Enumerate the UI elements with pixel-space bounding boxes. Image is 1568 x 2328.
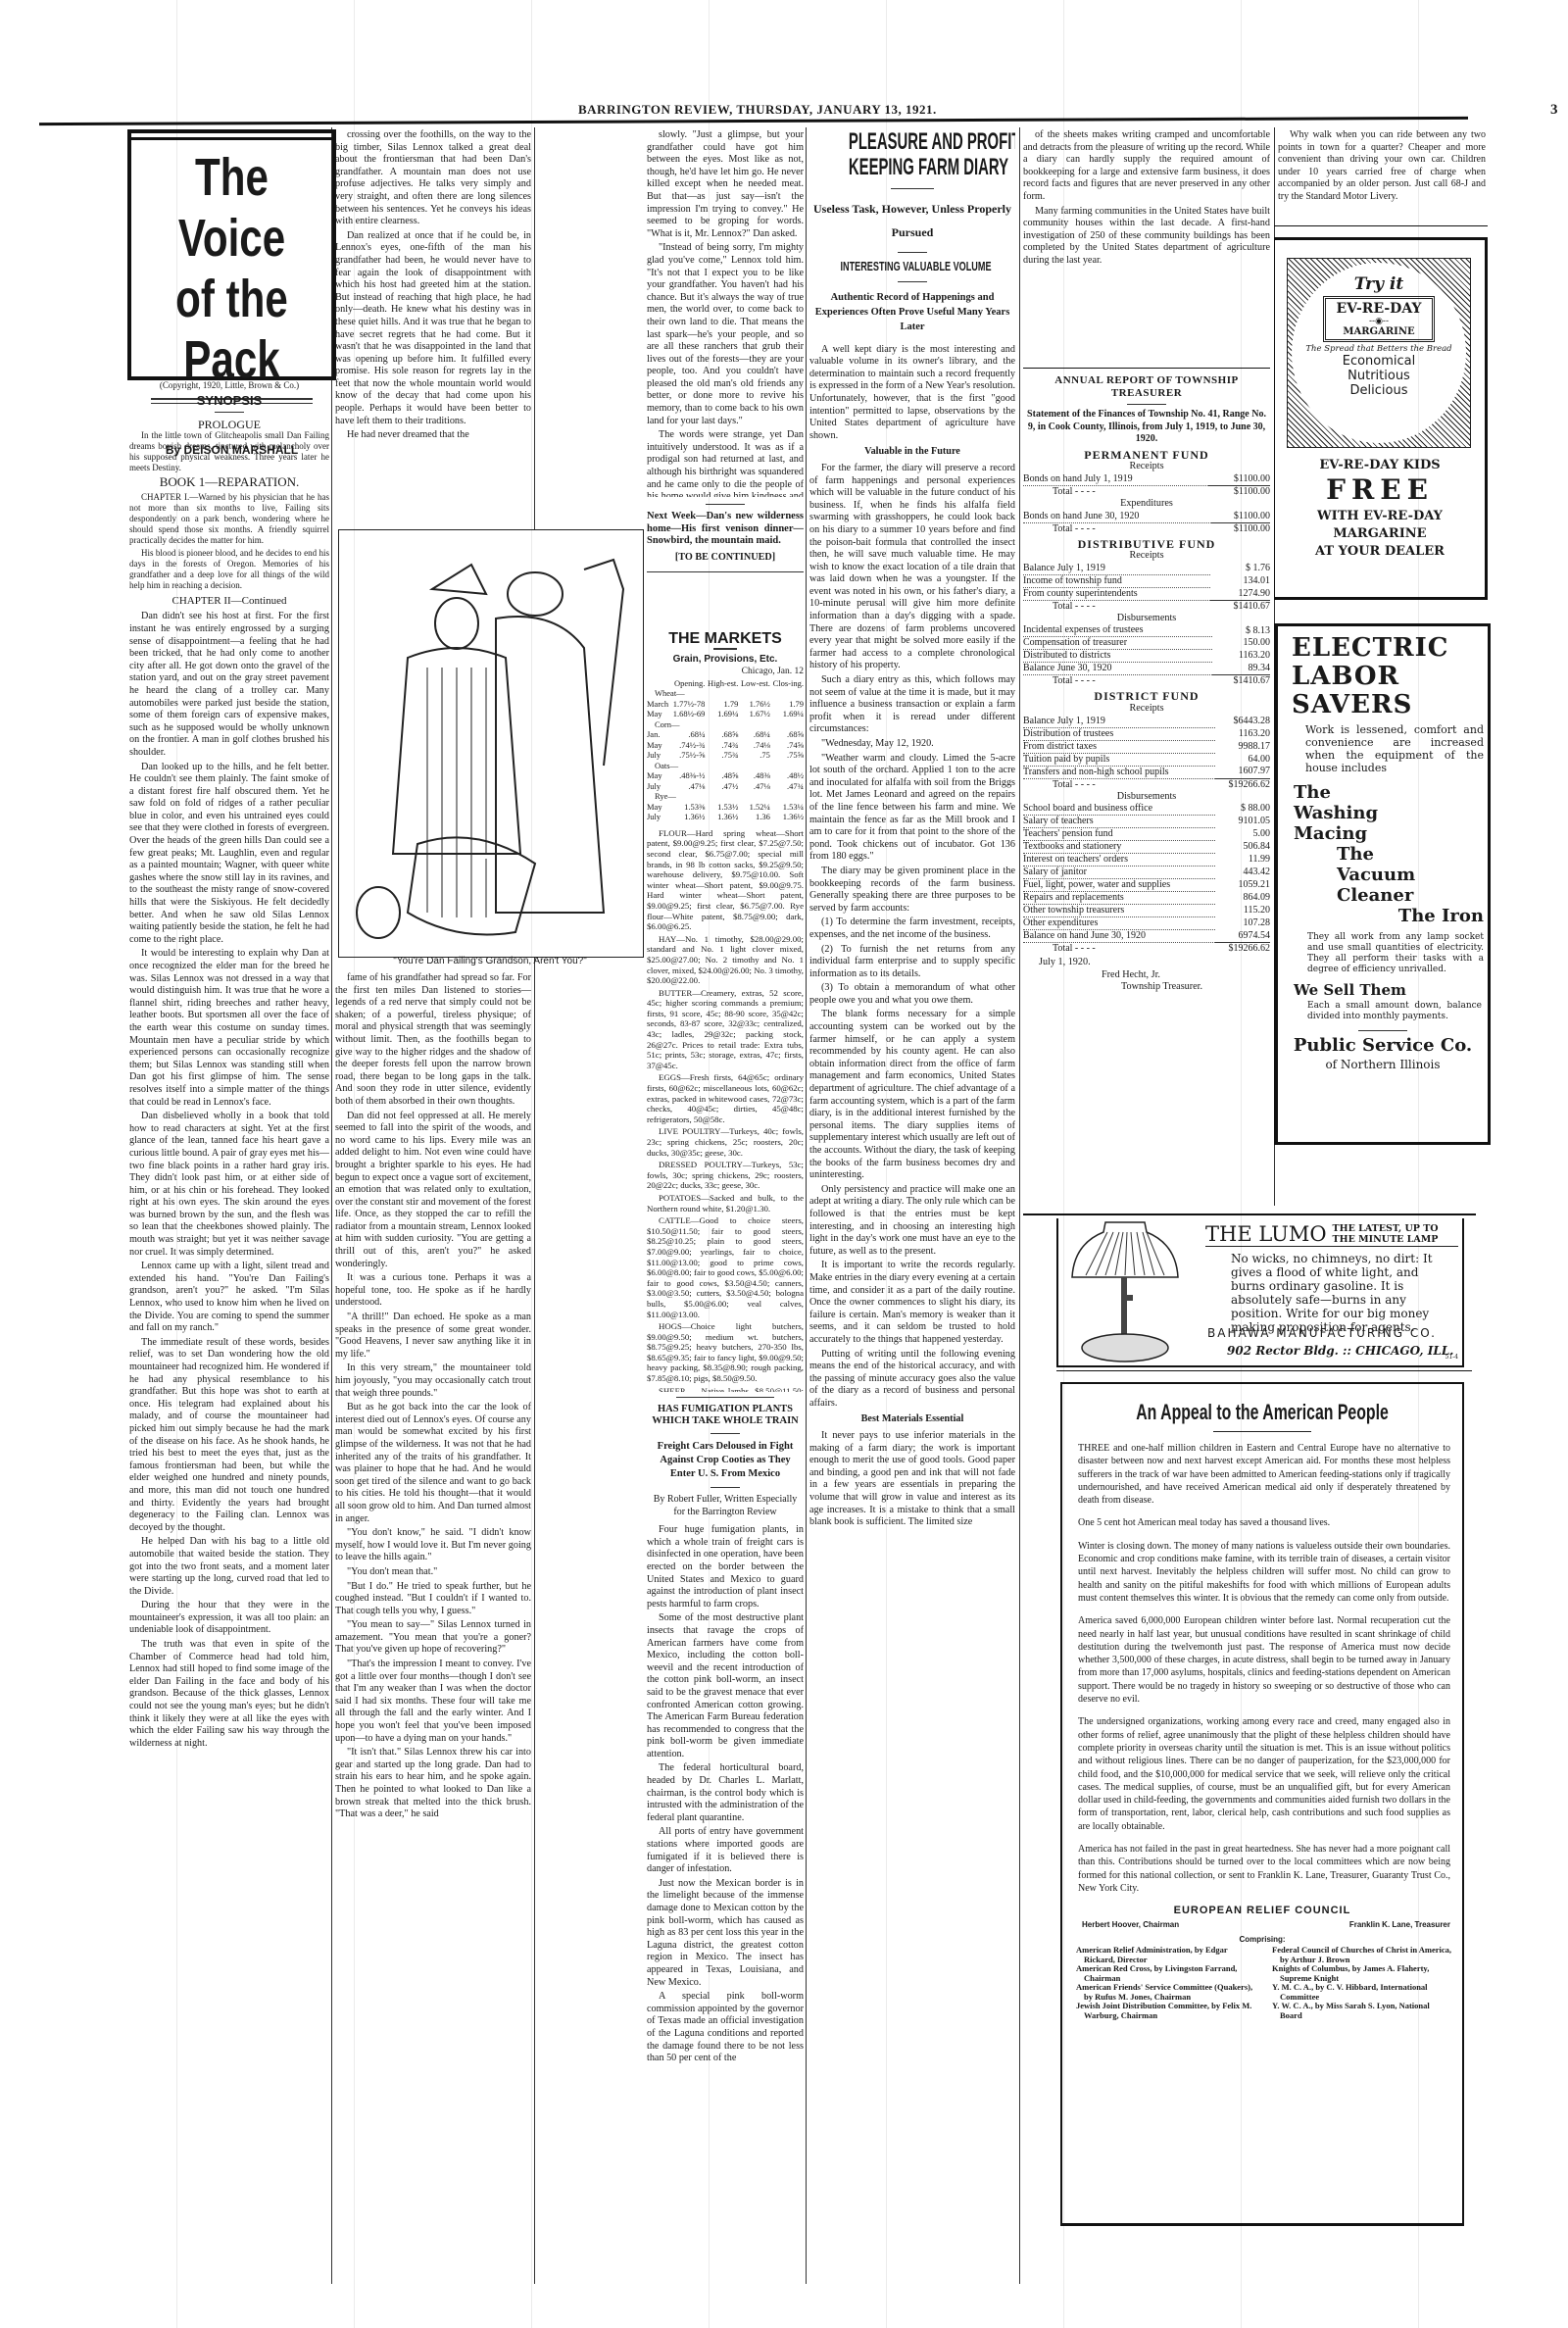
story-paragraph: "Instead of being sorry, I'm mighty glad…: [647, 242, 804, 427]
story-paragraph: The truth was that even in spite of the …: [129, 1639, 329, 1750]
farm-diary-headline: PLEASURE AND PROFIT KEEPING FARM DIARY: [809, 129, 1015, 180]
serial-column-1: (Copyright, 1920, Little, Brown & Co.) S…: [129, 380, 329, 2292]
relief-organization: American Relief Administration, by Edgar…: [1076, 1946, 1256, 1964]
electric-item-iron: The Iron: [1294, 906, 1484, 926]
market-row: May1.53⅜1.53½1.52¼1.53¼: [647, 802, 804, 813]
fund-total-row: Total - - - -$19266.62: [1023, 943, 1270, 956]
serial-title-line1: The Voice: [154, 147, 311, 269]
township-report-heading: ANNUAL REPORT OF TOWNSHIP TREASURER: [1023, 374, 1270, 400]
electric-ad-company-sub: of Northern Illinois: [1278, 1058, 1488, 1071]
fund-part-label: Receipts: [1023, 461, 1270, 473]
lumo-title-row: THE LUMO THE LATEST, UP TO THE MINUTE LA…: [1205, 1222, 1458, 1247]
fumigation-subhead: Freight Cars Deloused in Fight Against C…: [647, 1440, 804, 1481]
article-paragraph: It never pays to use inferior materials …: [809, 1430, 1015, 1529]
serial-title-box: The Voice of the Pack By DEISON MARSHALL: [127, 129, 336, 380]
appeal-paragraph: America has not failed in the past in gr…: [1078, 1843, 1450, 1895]
fund-row: Compensation of treasurer150.00: [1023, 637, 1270, 650]
article-paragraph: Just now the Mexican border is in the li…: [647, 1878, 804, 1989]
livery-ad: Why walk when you can ride between any t…: [1278, 129, 1486, 237]
fumigation-byline: By Robert Fuller, Written Especially for…: [647, 1494, 804, 1518]
fund-row: School board and business office$ 88.00: [1023, 803, 1270, 816]
lumo-lamp-ad: THE LUMO THE LATEST, UP TO THE MINUTE LA…: [1056, 1218, 1464, 1367]
serial-column-3-text: slowly. "Just a glimpse, but your grandf…: [647, 129, 804, 497]
article-paragraph: All ports of entry have government stati…: [647, 1826, 804, 1875]
fund-row: Balance June 30, 192089.34: [1023, 663, 1270, 675]
margarine-tagline: The Spread that Betters the Bread: [1292, 344, 1466, 354]
story-paragraph: Dan looked up to the hills, and he felt …: [129, 762, 329, 947]
margarine-dealer-line: AT YOUR DEALER: [1275, 543, 1485, 561]
fund-table: School board and business office$ 88.00S…: [1023, 803, 1270, 955]
livery-ad-text: Why walk when you can ride between any t…: [1278, 129, 1486, 204]
next-week-block: Next Week—Dan's new wilderness home—His …: [647, 500, 804, 618]
fund-row: Repairs and replacements864.09: [1023, 892, 1270, 905]
margarine-brand-sub: MARGARINE: [1326, 326, 1432, 337]
market-report: LIVE POULTRY—Turkeys, 40c; fowls, 23c; s…: [647, 1126, 804, 1158]
story-paragraph: crossing over the foothills, on the way …: [335, 129, 531, 228]
market-column-header: High-est.: [705, 678, 738, 689]
masthead-title: BARRINGTON REVIEW, THURSDAY, JANUARY 13,…: [578, 102, 937, 118]
electric-ad-items: The Washing Macing The Vacuum Cleaner Th…: [1294, 782, 1484, 926]
township-report-statement: Statement of the Finances of Township No…: [1023, 409, 1270, 446]
township-report-date: July 1, 1920.: [1039, 957, 1270, 969]
electric-item-vacuum: The Vacuum Cleaner: [1337, 844, 1445, 906]
prologue-heading: PROLOGUE: [129, 419, 329, 431]
market-commodity: Rye—: [647, 791, 804, 802]
market-row: July.75½-⅝.75¾.75.75⅝: [647, 750, 804, 761]
electric-ad-sell-heading: We Sell Them: [1294, 981, 1488, 999]
article-paragraph: (2) To furnish the net returns from any …: [809, 944, 1015, 981]
fund-heading: PERMANENT FUND: [1023, 449, 1270, 462]
township-report: ANNUAL REPORT OF TOWNSHIP TREASURER Stat…: [1023, 374, 1270, 1208]
appeal-paragraph: One 5 cent hot American meal today has s…: [1078, 1516, 1450, 1529]
appeal-paragraph: Winter is closing down. The money of man…: [1078, 1540, 1450, 1605]
relief-organization: American Friends' Service Committee (Qua…: [1076, 1983, 1256, 2002]
story-paragraph: It was a curious tone. Perhaps it was a …: [335, 1272, 531, 1310]
market-column-header: Low-est.: [738, 678, 770, 689]
article-paragraph: "Weather warm and cloudy. Limed the 5-ac…: [809, 753, 1015, 864]
story-paragraph: The words were strange, yet Dan intuitiv…: [647, 429, 804, 497]
market-row: July1.36½1.36½1.361.36½: [647, 812, 804, 822]
markets-subtitle: Grain, Provisions, Etc.: [647, 654, 804, 667]
prologue-text: In the little town of Glitcheapolis smal…: [129, 430, 329, 473]
fund-part-label: Expenditures: [1023, 498, 1270, 511]
electric-ad-headline-2: LABOR: [1292, 663, 1488, 691]
electric-ad-sell-text: Each a small amount down, balance divide…: [1307, 1001, 1482, 1022]
fund-total-row: Total - - - -$19266.62: [1023, 778, 1270, 791]
farm-diary-continued: of the sheets makes writing cramped and …: [1023, 129, 1270, 365]
fund-row: From district taxes9988.17: [1023, 740, 1270, 753]
column-rule: [1019, 127, 1020, 2284]
electric-ad-headline-1: ELECTRIC: [1292, 634, 1488, 663]
lumo-title: THE LUMO: [1205, 1222, 1327, 1246]
story-paragraph: "You mean to say—" Silas Lennox turned i…: [335, 1619, 531, 1657]
column-rule: [534, 127, 535, 2284]
appeal-orgs-right: Federal Council of Churches of Christ in…: [1272, 1946, 1452, 2020]
market-row: May.74½-¾.74¾.74⅛.74⅝: [647, 740, 804, 751]
relief-organization: Y. W. C. A., by Miss Sarah S. Lyon, Nati…: [1272, 2002, 1452, 2020]
electric-ad-company: Public Service Co.: [1278, 1035, 1488, 1056]
appeal-headline: An Appeal to the American People: [1118, 1400, 1406, 1425]
farm-diary-article: PLEASURE AND PROFIT KEEPING FARM DIARY U…: [809, 129, 1015, 2286]
market-row: July.47⅛.47½.47⅛.47¾: [647, 781, 804, 792]
column-rule: [806, 127, 807, 2284]
markets-location-date: Chicago, Jan. 12: [647, 666, 804, 678]
article-paragraph: Putting of writing until the following e…: [809, 1349, 1015, 1411]
article-paragraph: Many farming communities in the United S…: [1023, 206, 1270, 268]
story-paragraph: Lennox came up with a light, silent trea…: [129, 1261, 329, 1335]
fund-row: Balance July 1, 1919$6443.28: [1023, 716, 1270, 728]
appeal-comprising: Comprising:: [1062, 1935, 1462, 1944]
electric-ad-body: They all work from any lamp socket and u…: [1307, 932, 1484, 975]
electric-ad-intro: Work is lessened, comfort and convenienc…: [1305, 723, 1484, 774]
fund-row: Balance July 1, 1919$ 1.76: [1023, 563, 1270, 575]
article-paragraph: It is important to write the records reg…: [809, 1260, 1015, 1346]
serial-col1-body: Dan didn't see his host at first. For th…: [129, 611, 329, 1750]
margarine-ad: Try it EV-RE-DAY --◉-- MARGARINE The Spr…: [1274, 237, 1488, 600]
appeal-chairman: Herbert Hoover, Chairman: [1082, 1920, 1179, 1929]
article-paragraph: The blank forms necessary for a simple a…: [809, 1009, 1015, 1181]
story-paragraph: Dan disbelieved wholly in a book that to…: [129, 1111, 329, 1259]
margarine-quality: Economical: [1292, 354, 1466, 369]
lumo-body: No wicks, no chimneys, no dirt: It gives…: [1231, 1252, 1454, 1334]
fund-row: Tuition paid by pupils64.00: [1023, 753, 1270, 766]
township-report-body: PERMANENT FUNDReceiptsBonds on hand July…: [1023, 449, 1270, 955]
lumo-code: 51-4: [1445, 1354, 1458, 1361]
margarine-quality: Nutritious: [1292, 369, 1466, 383]
fund-row: Distribution of trustees1163.20: [1023, 727, 1270, 740]
fund-row: Bonds on hand July 1, 1919$1100.00: [1023, 473, 1270, 486]
fund-total-row: Total - - - -$1100.00: [1023, 522, 1270, 535]
fumigation-headline: HAS FUMIGATION PLANTS WHICH TAKE WHOLE T…: [647, 1404, 804, 1427]
market-report: POTATOES—Sacked and bulk, to the Norther…: [647, 1193, 804, 1214]
township-report-signer: Fred Hecht, Jr.: [1102, 969, 1270, 982]
fund-row: Other expenditures107.28: [1023, 917, 1270, 930]
market-report: HAY—No. 1 timothy, $28.00@29.00; standar…: [647, 934, 804, 986]
fund-row: Salary of teachers9101.05: [1023, 816, 1270, 828]
margarine-margarine-line: MARGARINE: [1275, 525, 1485, 543]
market-row: May1.68½-691.69¼1.67½1.69¼: [647, 709, 804, 719]
farm-diary-deck-1: Useless Task, However, Unless Properly P…: [809, 197, 1015, 244]
story-paragraph: The immediate result of these words, bes…: [129, 1337, 329, 1535]
market-commodity: Corn—: [647, 719, 804, 730]
fund-row: Interest on teachers' orders11.99: [1023, 854, 1270, 867]
article-paragraph: A special pink boll-worm commission appo…: [647, 1991, 804, 2065]
market-report: HOGS—Choice light butchers, $9.00@9.50; …: [647, 1321, 804, 1384]
markets-title: THE MARKETS: [647, 633, 804, 646]
relief-organization: Jewish Joint Distribution Committee, by …: [1076, 2002, 1256, 2020]
story-paragraph: "You don't know," he said. "I didn't kno…: [335, 1527, 531, 1564]
story-paragraph: "A thrill!" Dan echoed. He spoke as a ma…: [335, 1312, 531, 1361]
chapter1-text: CHAPTER I.—Warned by his physician that …: [129, 492, 329, 546]
margarine-free: FREE: [1275, 472, 1485, 508]
next-week-text: Next Week—Dan's new wilderness home—His …: [647, 511, 804, 548]
farm-diary-body-1: A well kept diary is the most interestin…: [809, 344, 1015, 443]
appeal-council: EUROPEAN RELIEF COUNCIL: [1062, 1905, 1462, 1916]
fumigation-body: Four huge fumigation plants, in which a …: [647, 1524, 804, 2065]
fund-row: Bonds on hand June 30, 1920$1100.00: [1023, 511, 1270, 523]
farm-diary-subhead: Valuable in the Future: [809, 446, 1015, 459]
fund-table: Bonds on hand July 1, 1919$1100.00Total …: [1023, 473, 1270, 498]
fund-total-row: Total - - - -$1410.67: [1023, 675, 1270, 688]
township-report-signer-title: Township Treasurer.: [1121, 981, 1270, 994]
chapter1-text-2: His blood is pioneer blood, and he decid…: [129, 548, 329, 591]
serial-column-2-bottom: fame of his grandfather had spread so fa…: [335, 972, 531, 2286]
section-rule: [1056, 1370, 1472, 1371]
market-row: Jan..68¼.68⅝.68¼.68⅝: [647, 729, 804, 740]
fund-table: Bonds on hand June 30, 1920$1100.00Total…: [1023, 511, 1270, 535]
margarine-with-line: WITH EV-RE-DAY: [1275, 508, 1485, 525]
serial-col2b-body: fame of his grandfather had spread so fa…: [335, 972, 531, 1821]
market-report: SHEEP — Native lambs, $8.50@11.50; weste…: [647, 1386, 804, 1392]
fumigation-article: HAS FUMIGATION PLANTS WHICH TAKE WHOLE T…: [647, 1397, 804, 2289]
article-paragraph: Such a diary entry as this, which follow…: [809, 674, 1015, 736]
markets-table: Opening.High-est.Low-est.Clos-ing.Wheat—…: [647, 678, 804, 822]
relief-organization: Federal Council of Churches of Christ in…: [1272, 1946, 1452, 1964]
relief-organization: American Red Cross, by Livingston Farran…: [1076, 1964, 1256, 1983]
farm-diary-headline-line2: KEEPING FARM DIARY: [849, 155, 976, 180]
fund-row: Transfers and non-high school pupils1607…: [1023, 766, 1270, 778]
margarine-ad-hatched-panel: Try it EV-RE-DAY --◉-- MARGARINE The Spr…: [1287, 258, 1471, 448]
lumo-tagline: THE LATEST, UP TO THE MINUTE LAMP: [1333, 1223, 1445, 1245]
serial-column-2-top: crossing over the foothills, on the way …: [335, 129, 531, 521]
fund-row: Textbooks and stationery506.84: [1023, 841, 1270, 854]
article-paragraph: A well kept diary is the most interestin…: [809, 344, 1015, 443]
farm-diary-body-3: It never pays to use inferior materials …: [809, 1430, 1015, 1529]
margarine-label-box: EV-RE-DAY --◉-- MARGARINE: [1323, 296, 1435, 342]
article-paragraph: of the sheets makes writing cramped and …: [1023, 129, 1270, 204]
electric-ad-headline-3: SAVERS: [1292, 691, 1488, 719]
story-paragraph: "But I do." He tried to speak further, b…: [335, 1581, 531, 1618]
appeal-orgs-left: American Relief Administration, by Edgar…: [1076, 1946, 1256, 2020]
fund-part-label: Receipts: [1023, 550, 1270, 563]
farm-diary-continued-body: of the sheets makes writing cramped and …: [1023, 129, 1270, 268]
fund-row: Income of township fund134.01: [1023, 574, 1270, 587]
appeal-paragraph: America saved 6,000,000 European childre…: [1078, 1614, 1450, 1706]
appeal-body: THREE and one-half million children in E…: [1062, 1442, 1462, 1895]
electric-labor-savers-ad: ELECTRIC LABOR SAVERS Work is lessened, …: [1274, 623, 1491, 1145]
article-paragraph: (1) To determine the farm investment, re…: [809, 916, 1015, 941]
fund-row: Salary of janitor443.42: [1023, 867, 1270, 879]
fund-row: Incidental expenses of trustees$ 8.13: [1023, 624, 1270, 637]
fund-part-label: Disbursements: [1023, 613, 1270, 625]
story-paragraph: slowly. "Just a glimpse, but your grandf…: [647, 129, 804, 240]
fund-row: Balance on hand June 30, 19206974.54: [1023, 930, 1270, 943]
story-paragraph: It would be interesting to explain why D…: [129, 948, 329, 1109]
book-heading: BOOK 1—REPARATION.: [129, 476, 329, 489]
story-paragraph: Dan did not feel oppressed at all. He me…: [335, 1111, 531, 1271]
fund-row: Fuel, light, power, water and supplies10…: [1023, 879, 1270, 892]
story-paragraph: fame of his grandfather had spread so fa…: [335, 972, 531, 1109]
story-paragraph: Dan realized at once that if he could be…: [335, 230, 531, 428]
margarine-kids-line: EV-RE-DAY KIDS: [1275, 458, 1485, 472]
market-report: EGGS—Fresh firsts, 64@65c; ordinary firs…: [647, 1072, 804, 1124]
market-report: CATTLE—Good to choice steers, $10.50@11.…: [647, 1215, 804, 1319]
markets-reports: FLOUR—Hard spring wheat—Short patent, $9…: [647, 828, 804, 1392]
story-paragraph: He had never dreamed that the: [335, 429, 531, 442]
story-paragraph: "You don't mean that.": [335, 1566, 531, 1579]
chapter2-heading: CHAPTER II—Continued: [129, 595, 329, 608]
article-paragraph: For the farmer, the diary will preserve …: [809, 463, 1015, 672]
illustration-caption: "You're Dan Failing's Grandson, Aren't Y…: [338, 956, 642, 966]
story-paragraph: But as he got back into the car the look…: [335, 1402, 531, 1525]
lamp-illustration-icon: [1066, 1218, 1184, 1365]
market-report: BUTTER—Creamery, extras, 52 score, 45c; …: [647, 988, 804, 1071]
margarine-logo-icon: --◉--: [1326, 317, 1432, 326]
farm-diary-body-2: For the farmer, the diary will preserve …: [809, 463, 1015, 1411]
appeal-paragraph: THREE and one-half million children in E…: [1078, 1442, 1450, 1507]
lumo-company: BAHAWA MANUFACTURING CO.: [1207, 1326, 1437, 1340]
markets-section: THE MARKETS Grain, Provisions, Etc. Chic…: [647, 627, 804, 1392]
to-be-continued: [TO BE CONTINUED]: [647, 552, 804, 565]
farm-diary-headline-line1: PLEASURE AND PROFIT: [849, 129, 976, 155]
fund-table: Incidental expenses of trustees$ 8.13Com…: [1023, 624, 1270, 687]
lumo-address: 902 Rector Bldg. :: CHICAGO, ILL.: [1227, 1344, 1453, 1358]
market-commodity: Oats—: [647, 761, 804, 771]
margarine-try-it: Try it: [1292, 274, 1466, 294]
margarine-brand: EV-RE-DAY: [1326, 301, 1432, 317]
market-report: DRESSED POULTRY—Turkeys, 53c; fowls, 30c…: [647, 1160, 804, 1191]
relief-organization: Y. M. C. A., by C. V. Hibbard, Internati…: [1272, 1983, 1452, 2002]
serial-copyright: (Copyright, 1920, Little, Brown & Co.): [129, 380, 329, 391]
fund-part-label: Disbursements: [1023, 791, 1270, 804]
story-paragraph: He helped Dan with his bag to a little o…: [129, 1536, 329, 1598]
section-rule: [1023, 1214, 1476, 1215]
fund-row: Distributed to districts1163.20: [1023, 650, 1270, 663]
appeal-box: An Appeal to the American People THREE a…: [1060, 1382, 1464, 2226]
market-row: May.48⅜-½.48⅝.48⅜.48½: [647, 770, 804, 781]
farm-diary-deck-3: Authentic Record of Happenings and Exper…: [809, 290, 1015, 334]
margarine-quality: Delicious: [1292, 383, 1466, 398]
article-paragraph: Four huge fumigation plants, in which a …: [647, 1524, 804, 1610]
margarine-qualities: EconomicalNutritiousDelicious: [1292, 354, 1466, 398]
article-paragraph: Only persistency and practice will make …: [809, 1184, 1015, 1259]
electric-item-washing: The Washing Macing: [1294, 782, 1401, 844]
fund-part-label: Receipts: [1023, 703, 1270, 716]
appeal-treasurer: Franklin K. Lane, Treasurer: [1349, 1920, 1450, 1929]
story-paragraph: "That's the impression I meant to convey…: [335, 1659, 531, 1745]
market-column-header: [647, 678, 670, 689]
article-paragraph: The federal horticultural board, headed …: [647, 1762, 804, 1824]
market-column-header: Clos-ing.: [770, 678, 804, 689]
story-paragraph: Dan didn't see his host at first. For th…: [129, 611, 329, 759]
market-column-header: Opening.: [670, 678, 705, 689]
fund-row: From county superintendents1274.90: [1023, 587, 1270, 600]
section-rule: [1023, 368, 1270, 369]
section-rule: [1274, 225, 1488, 226]
serial-title-line2: of the Pack: [154, 269, 311, 390]
farm-diary-subhead-2: Best Materials Essential: [809, 1413, 1015, 1426]
fund-table: Balance July 1, 1919$ 1.76Income of town…: [1023, 563, 1270, 613]
article-paragraph: The diary may be given prominent place i…: [809, 866, 1015, 915]
article-paragraph: (3) To obtain a memorandum of what other…: [809, 982, 1015, 1007]
fund-total-row: Total - - - -$1100.00: [1023, 485, 1270, 498]
page-number: 3: [1550, 102, 1558, 119]
article-paragraph: Some of the most destructive plant insec…: [647, 1612, 804, 1760]
market-row: March1.77½-781.791.76½1.79: [647, 699, 804, 710]
market-commodity: Wheat—: [647, 688, 804, 699]
serial-col3-body: slowly. "Just a glimpse, but your grandf…: [647, 129, 804, 497]
fund-row: Teachers' pension fund5.00: [1023, 828, 1270, 841]
fund-row: Other township treasurers115.20: [1023, 905, 1270, 917]
story-paragraph: In this very stream," the mountaineer to…: [335, 1362, 531, 1400]
article-paragraph: "Wednesday, May 12, 1920.: [809, 738, 1015, 751]
electric-ad-headline: ELECTRIC LABOR SAVERS: [1278, 626, 1488, 719]
serial-col2-body: crossing over the foothills, on the way …: [335, 129, 531, 442]
fund-heading: DISTRIBUTIVE FUND: [1023, 538, 1270, 551]
appeal-paragraph: The undersigned organizations, working a…: [1078, 1715, 1450, 1833]
synopsis-heading: SYNOPSIS: [129, 395, 329, 408]
relief-organization: Knights of Columbus, by James A. Flahert…: [1272, 1964, 1452, 1983]
story-paragraph: During the hour that they were in the mo…: [129, 1600, 329, 1637]
fund-heading: DISTRICT FUND: [1023, 690, 1270, 703]
farm-diary-deck-2: INTERESTING VALUABLE VOLUME: [841, 261, 985, 273]
fund-table: Balance July 1, 1919$6443.28Distribution…: [1023, 716, 1270, 791]
fund-total-row: Total - - - -$1410.67: [1023, 600, 1270, 613]
market-report: FLOUR—Hard spring wheat—Short patent, $9…: [647, 828, 804, 932]
story-paragraph: "It isn't that." Silas Lennox threw his …: [335, 1747, 531, 1821]
